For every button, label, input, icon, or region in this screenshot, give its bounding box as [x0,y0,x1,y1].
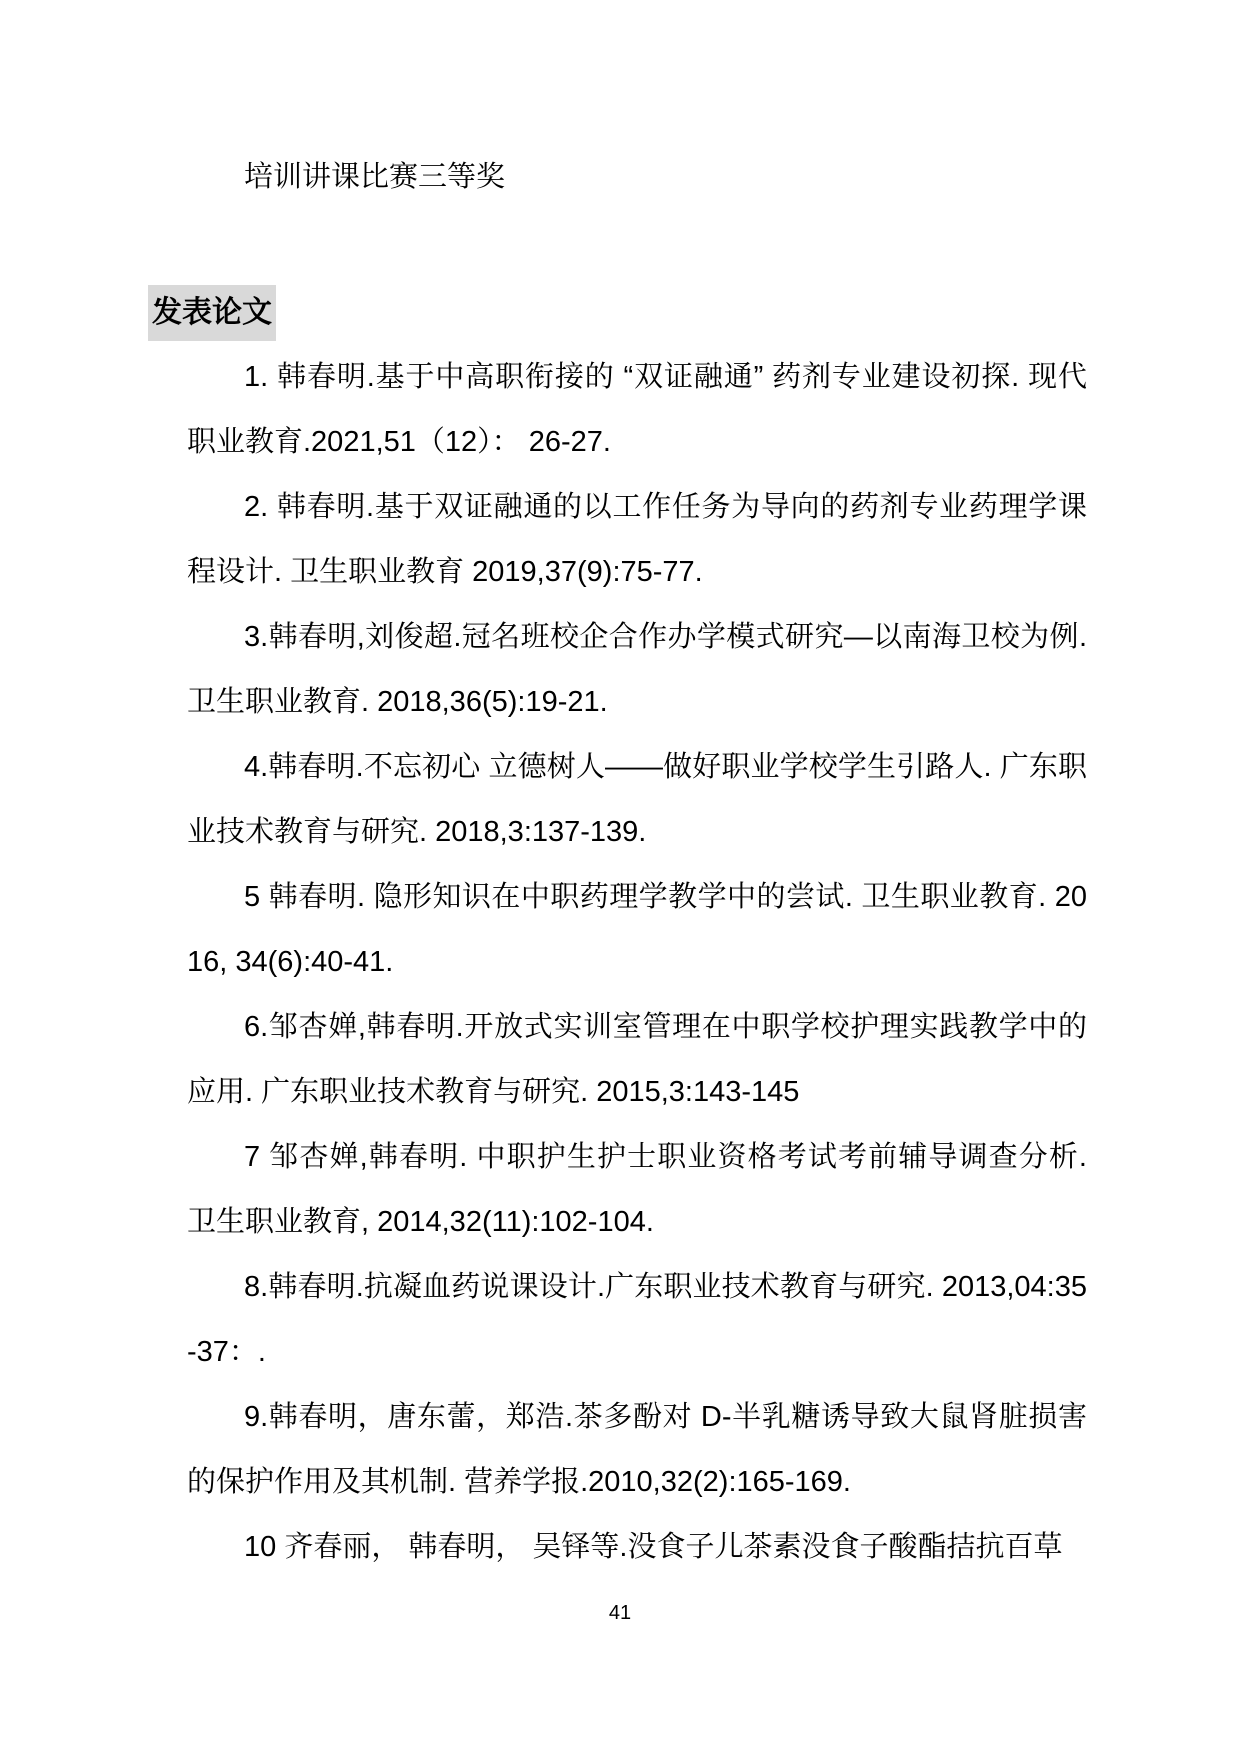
publication-item-1: 1. 韩春明.基于中高职衔接的 “双证融通” 药剂专业建设初探. 现代职业教育.… [187,345,1087,475]
heading-highlight: 发表论文 [148,285,276,341]
publication-item-6: 6.邹杏婵,韩春明.开放式实训室管理在中职学校护理实践教学中的应用. 广东职业技… [187,995,1087,1125]
document-page: 培训讲课比赛三等奖 发表论文 1. 韩春明.基于中高职衔接的 “双证融通” 药剂… [0,0,1240,1753]
intro-line: 培训讲课比赛三等奖 [187,145,1087,210]
publication-item-2: 2. 韩春明.基于双证融通的以工作任务为导向的药剂专业药理学课程设计. 卫生职业… [187,475,1087,605]
page-number: 41 [0,1601,1240,1625]
publication-item-9: 9.韩春明，唐东蕾，郑浩.茶多酚对 D-半乳糖诱导致大鼠肾脏损害的保护作用及其机… [187,1385,1087,1515]
publication-item-3: 3.韩春明,刘俊超.冠名班校企合作办学模式研究—以南海卫校为例. 卫生职业教育.… [187,605,1087,735]
publication-list: 1. 韩春明.基于中高职衔接的 “双证融通” 药剂专业建设初探. 现代职业教育.… [187,345,1087,1580]
publication-item-7: 7 邹杏婵,韩春明. 中职护生护士职业资格考试考前辅导调查分析. 卫生职业教育,… [187,1125,1087,1255]
publication-item-10: 10 齐春丽， 韩春明， 吴铎等.没食子儿茶素没食子酸酯拮抗百草 [187,1515,1087,1580]
section-heading-published-papers: 发表论文 [148,285,276,341]
publication-item-4: 4.韩春明.不忘初心 立德树人——做好职业学校学生引路人. 广东职业技术教育与研… [187,735,1087,865]
publication-item-5: 5 韩春明. 隐形知识在中职药理学教学中的尝试. 卫生职业教育. 2016, 3… [187,865,1087,995]
publication-item-8: 8.韩春明.抗凝血药说课设计.广东职业技术教育与研究. 2013,04:35-3… [187,1255,1087,1385]
